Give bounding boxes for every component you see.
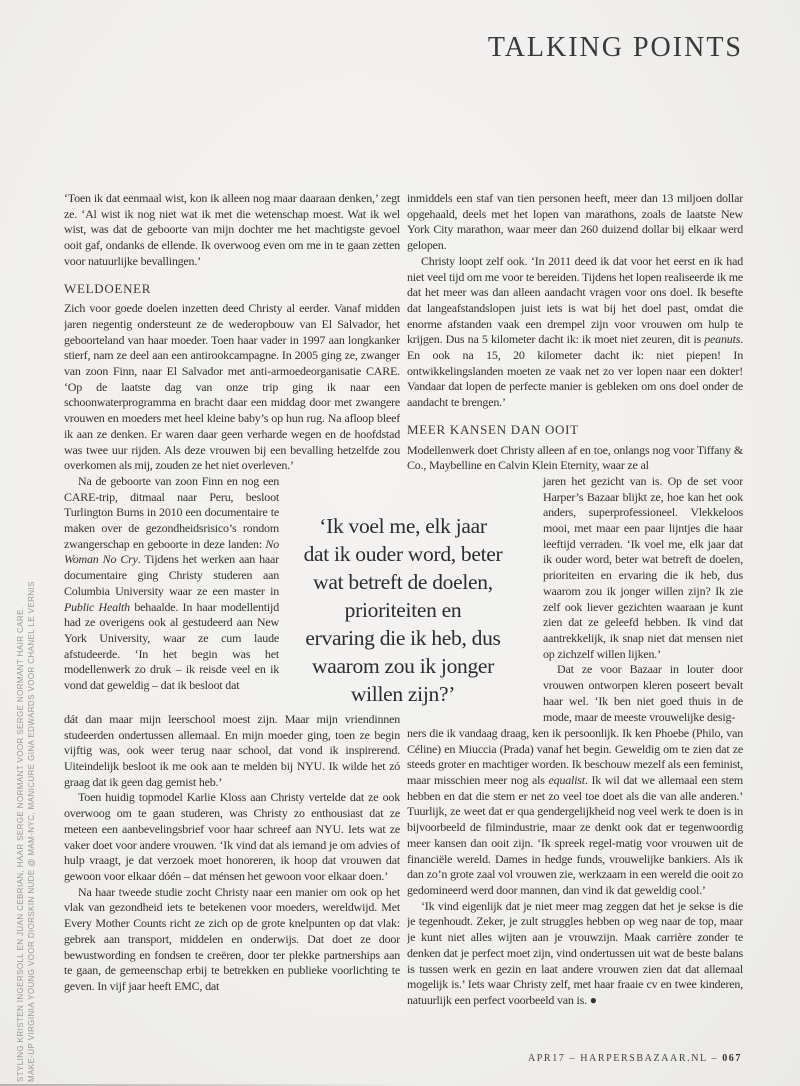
photo-credits: STYLING KRISTEN INGERSOLL EN JUAN CEBRIA… bbox=[16, 498, 37, 1082]
section-heading-weldoener: WELDOENER bbox=[64, 281, 400, 297]
body-paragraph-intro: ‘Toen ik dat eenmaal wist, kon ik alleen… bbox=[64, 191, 400, 270]
page-title: TALKING POINTS bbox=[488, 32, 743, 64]
body-paragraph-marathon: Christy loopt zelf ook. ‘In 2011 deed ik… bbox=[407, 254, 743, 411]
page-footer: APR17 – HARPERSBAZAAR.NL – 067 bbox=[528, 1053, 742, 1064]
body-paragraph-karlie: Toen huidig topmodel Karlie Kloss aan Ch… bbox=[64, 790, 400, 884]
body-paragraph-staff: inmiddels een staf van tien personen hee… bbox=[407, 191, 743, 254]
text-wrap-left-of-quote: Na de geboorte van zoon Finn en nog een … bbox=[64, 474, 279, 712]
footer-issue-label: APR17 – HARPERSBAZAAR.NL – bbox=[528, 1053, 718, 1064]
section-heading-kansen: MEER KANSEN DAN OOIT bbox=[407, 422, 743, 438]
text-wrap-right-of-quote: jaren het gezicht van is. Op de set voor… bbox=[543, 474, 743, 726]
body-paragraph-model-intro: Modellenwerk doet Christy alleen af en t… bbox=[407, 443, 743, 474]
page-number: 067 bbox=[722, 1053, 742, 1064]
body-paragraph-bazaar: Dat ze voor Bazaar in louter door vrouwe… bbox=[543, 662, 743, 725]
magazine-page: TALKING POINTS STYLING KRISTEN INGERSOLL… bbox=[0, 0, 800, 1086]
credits-line-makeup: MAKE-UP VIRGINIA YOUNG VOOR DIORSKIN NUD… bbox=[27, 498, 38, 1082]
credits-line-styling: STYLING KRISTEN INGERSOLL EN JUAN CEBRIA… bbox=[16, 498, 27, 1082]
body-paragraph-designers: ners die ik vandaag draag, ken ik persoo… bbox=[407, 726, 743, 899]
pull-quote: ‘Ik voel me, elk jaar dat ik ouder word,… bbox=[279, 512, 527, 708]
body-paragraph-face: jaren het gezicht van is. Op de set voor… bbox=[543, 474, 743, 662]
body-paragraph-career: ‘Ik vind eigenlijk dat je niet meer mag … bbox=[407, 899, 743, 1009]
body-paragraph-school: dát dan maar mijn leerschool moest zijn.… bbox=[64, 712, 400, 791]
body-paragraph-weldoener: Zich voor goede doelen inzetten deed Chr… bbox=[64, 301, 400, 474]
body-paragraph-documentary: Na de geboorte van zoon Finn en nog een … bbox=[64, 474, 279, 694]
body-paragraph-emc: Na haar tweede studie zocht Christy naar… bbox=[64, 885, 400, 995]
